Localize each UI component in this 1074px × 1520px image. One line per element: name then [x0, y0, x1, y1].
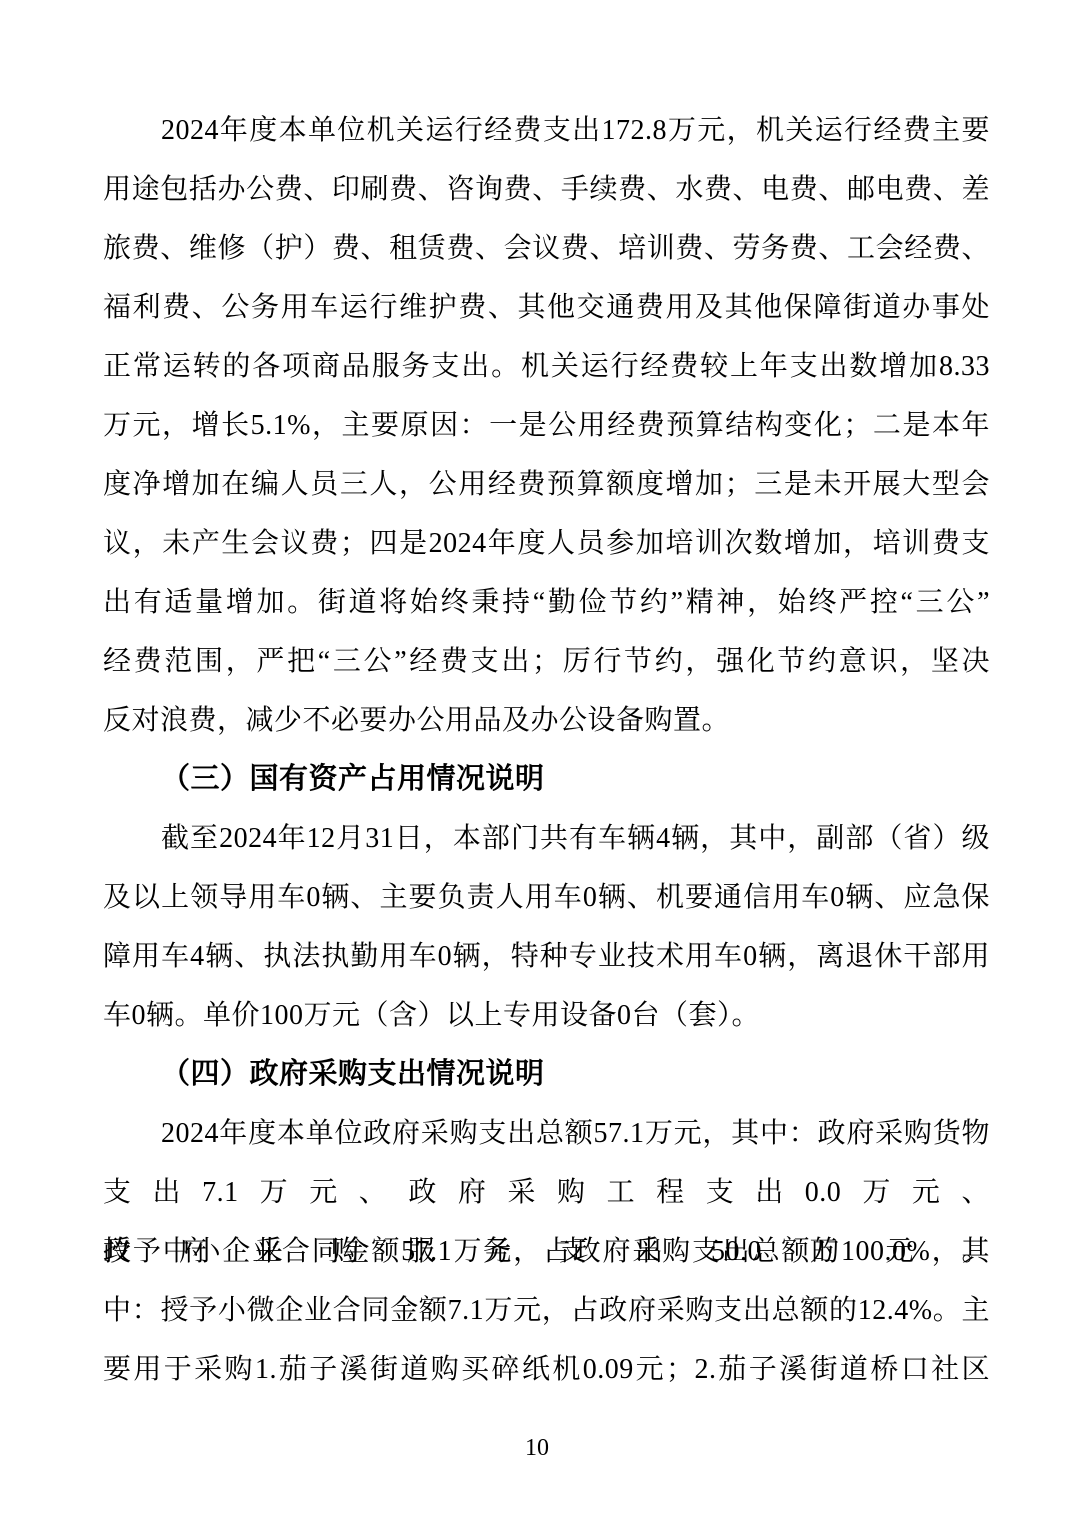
- text-line: 2024年度本单位机关运行经费支出172.8万元，机关运行经费主要: [103, 101, 990, 160]
- text-line: 及以上领导用车0辆、主要负责人用车0辆、机要通信用车0辆、应急保: [103, 868, 990, 927]
- text-line: 支出7.1万元、政府采购工程支出0.0万元、政府采购服务支出50.0万元。: [103, 1163, 990, 1222]
- text-line: 福利费、公务用车运行维护费、其他交通费用及其他保障街道办事处: [103, 278, 990, 337]
- document-page: 2024年度本单位机关运行经费支出172.8万元，机关运行经费主要用途包括办公费…: [0, 0, 1074, 1520]
- text-line: 议，未产生会议费；四是2024年度人员参加培训次数增加，培训费支: [103, 514, 990, 573]
- text-line: 截至2024年12月31日，本部门共有车辆4辆，其中，副部（省）级: [103, 809, 990, 868]
- text-line: 出有适量增加。街道将始终秉持“勤俭节约”精神，始终严控“三公”: [103, 573, 990, 632]
- text-line: 用途包括办公费、印刷费、咨询费、手续费、水费、电费、邮电费、差: [103, 160, 990, 219]
- text-line: 授予中小企业合同金额57.1万元，占政府采购支出总额的100.0%，其: [103, 1222, 990, 1281]
- text-line: 要用于采购1.茄子溪街道购买碎纸机0.09元；2.茄子溪街道桥口社区: [103, 1340, 990, 1399]
- text-line: 反对浪费，减少不必要办公用品及办公设备购置。: [103, 691, 990, 750]
- text-line: 旅费、维修（护）费、租赁费、会议费、培训费、劳务费、工会经费、: [103, 219, 990, 278]
- text-line: 经费范围，严把“三公”经费支出；厉行节约，强化节约意识，坚决: [103, 632, 990, 691]
- text-line: 车0辆。单价100万元（含）以上专用设备0台（套）。: [103, 986, 990, 1045]
- text-line: 万元，增长5.1%，主要原因：一是公用经费预算结构变化；二是本年: [103, 396, 990, 455]
- text-line: 正常运转的各项商品服务支出。机关运行经费较上年支出数增加8.33: [103, 337, 990, 396]
- page-number: 10: [0, 1432, 1074, 1464]
- section-heading: （四）政府采购支出情况说明: [103, 1045, 990, 1104]
- document-body: 2024年度本单位机关运行经费支出172.8万元，机关运行经费主要用途包括办公费…: [103, 101, 990, 1399]
- text-line: 中：授予小微企业合同金额7.1万元，占政府采购支出总额的12.4%。主: [103, 1281, 990, 1340]
- text-line: 障用车4辆、执法执勤用车0辆，特种专业技术用车0辆，离退休干部用: [103, 927, 990, 986]
- section-heading: （三）国有资产占用情况说明: [103, 750, 990, 809]
- text-line: 度净增加在编人员三人，公用经费预算额度增加；三是未开展大型会: [103, 455, 990, 514]
- text-line: 2024年度本单位政府采购支出总额57.1万元，其中：政府采购货物: [103, 1104, 990, 1163]
